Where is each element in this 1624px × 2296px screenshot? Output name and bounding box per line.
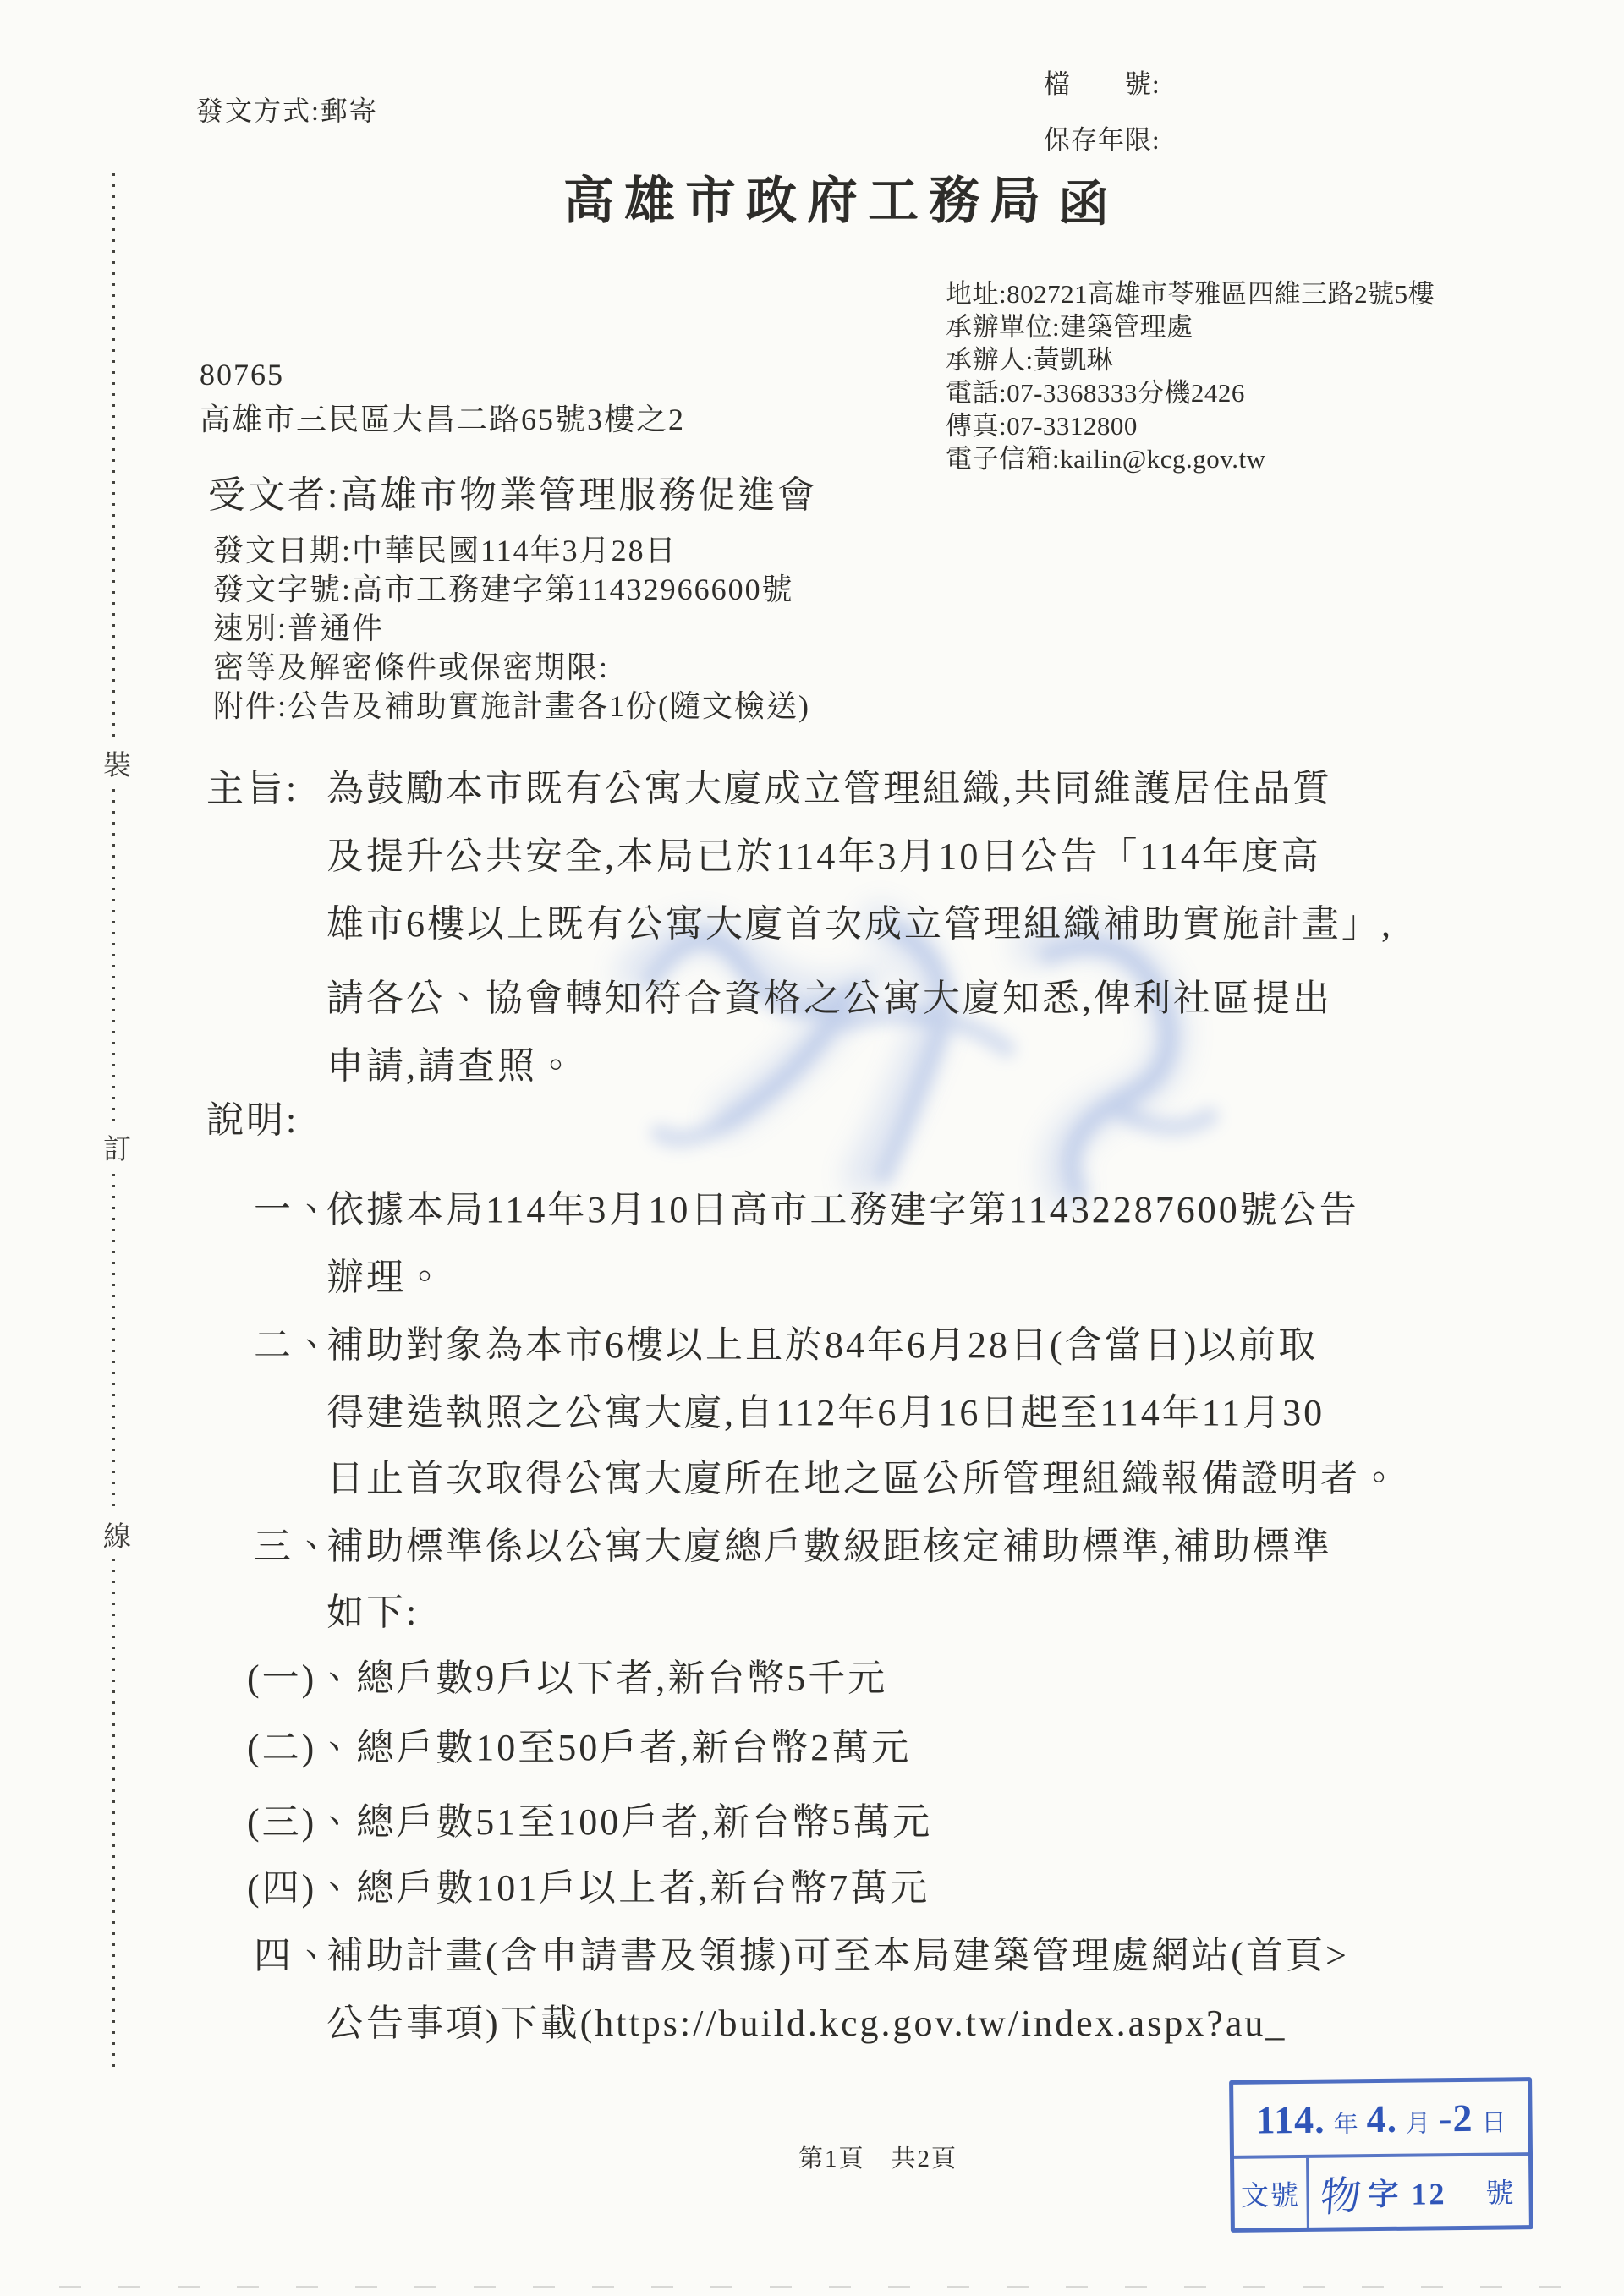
binding-mark-zhuang: 裝 [103, 741, 131, 786]
file-number-label: 檔 號: [1044, 63, 1160, 101]
subject-line: 雄市6樓以上既有公寓大廈首次成立管理組織補助實施計畫」, [326, 893, 1393, 947]
meta-doc-number: 發文字號:高市工務建字第11432966600號 [213, 566, 794, 609]
binding-dotted-line [112, 173, 115, 2070]
stamp-date-day-num: -2 [1439, 2095, 1473, 2140]
scan-artifact-line [59, 2286, 1573, 2288]
doc-type: 函 [1059, 164, 1108, 235]
subject-line: 申請,請查照。 [326, 1035, 577, 1089]
meta-date: 發文日期:中華民國114年3月28日 [213, 527, 678, 570]
item-line: 補助標準係以公寓大廈總戶數級距核定補助標準,補助標準 [326, 1515, 1332, 1570]
item-number: 二、 [254, 1314, 333, 1368]
item-line: 辦理。 [326, 1247, 446, 1301]
binding-mark-ding: 訂 [103, 1125, 131, 1170]
delivery-method: 發文方式:郵寄 [196, 90, 378, 129]
item-line: 如下: [326, 1581, 419, 1636]
subject-label: 主旨: [206, 758, 299, 812]
recipient-address: 高雄市三民區大昌二路65號3樓之2 [200, 396, 685, 439]
item-number: 四、 [254, 1925, 333, 1979]
meta-attachment: 附件:公告及補助實施計畫各1份(隨文檢送) [213, 682, 810, 726]
item-line: 補助對象為本市6樓以上且於84年6月28日(含當日)以前取 [326, 1314, 1318, 1368]
meta-security: 密等及解密條件或保密期限: [213, 644, 609, 687]
sub-item: (一)、總戶數9戶以下者,新台幣5千元 [247, 1647, 887, 1701]
sub-item: (四)、總戶數101戶以上者,新台幣7萬元 [247, 1857, 930, 1911]
stamp-date-row: 114. 年 4. 月 -2 日 [1233, 2081, 1528, 2159]
subject-line: 請各公、協會轉知符合資格之公寓大廈知悉,俾利社區提出 [326, 967, 1332, 1022]
explanation-label: 說明: [206, 1089, 299, 1143]
org-title: 高雄市政府工務局 [563, 161, 1051, 233]
sub-item: (三)、總戶數51至100戶者,新台幣5萬元 [247, 1791, 932, 1845]
item-line: 補助計畫(含申請書及領據)可至本局建築管理處網站(首頁> [326, 1925, 1349, 1979]
footer-page-info: 第1頁 共2頁 [798, 2140, 957, 2174]
item-line: 依據本局114年3月10日高市工務建字第11432287600號公告 [326, 1179, 1359, 1233]
stamp-date-year-unit: 年 [1333, 2098, 1358, 2140]
recipient-zip: 80765 [200, 357, 284, 392]
item-line: 得建造執照之公寓大廈,自112年6月16日起至114年11月30 [326, 1382, 1325, 1436]
meta-speed: 速別:普通件 [213, 605, 384, 648]
sub-item: (二)、總戶數10至50戶者,新台幣2萬元 [247, 1717, 911, 1771]
item-line: 日止首次取得公寓大廈所在地之區公所管理組織報備證明者。 [326, 1448, 1400, 1502]
stamp-date-day-unit: 日 [1481, 2096, 1506, 2138]
scanned-official-letter-page: 裝 訂 線 發文方式:郵寄 檔 號: 保存年限: 高雄市政府工務局 [0, 0, 1624, 2296]
subject-line: 為鼓勵本市既有公寓大廈成立管理組織,共同維護居住品質 [326, 758, 1332, 812]
stamp-serial-number: 字 12 [1368, 2170, 1447, 2214]
stamp-serial-handwritten: 物 [1319, 2162, 1363, 2223]
stamp-serial: 物 字 12 號 [1309, 2156, 1529, 2228]
stamp-doc-no-label: 文號 [1234, 2158, 1309, 2229]
subject-line: 及提升公共安全,本局已於114年3月10日公告「114年度高 [326, 825, 1321, 879]
stamp-serial-suffix: 號 [1485, 2171, 1513, 2211]
stamp-date-month-unit: 月 [1406, 2097, 1431, 2139]
sender-email: 電子信箱:kailin@kcg.gov.tw [946, 437, 1266, 475]
stamp-date-month-num: 4. [1366, 2096, 1397, 2140]
item-number: 一、 [254, 1179, 333, 1233]
received-date-stamp: 114. 年 4. 月 -2 日 文號 物 字 12 號 [1229, 2077, 1533, 2233]
item-line: 公告事項)下載(https://build.kcg.gov.tw/index.a… [326, 1992, 1287, 2047]
stamp-serial-row: 文號 物 字 12 號 [1234, 2156, 1529, 2229]
stamp-date-year-num: 114. [1255, 2096, 1325, 2142]
item-number: 三、 [254, 1515, 333, 1570]
recipient-line: 受文者:高雄市物業管理服務促進會 [208, 464, 817, 518]
retention-label: 保存年限: [1044, 118, 1160, 156]
binding-mark-xian: 線 [103, 1512, 131, 1557]
